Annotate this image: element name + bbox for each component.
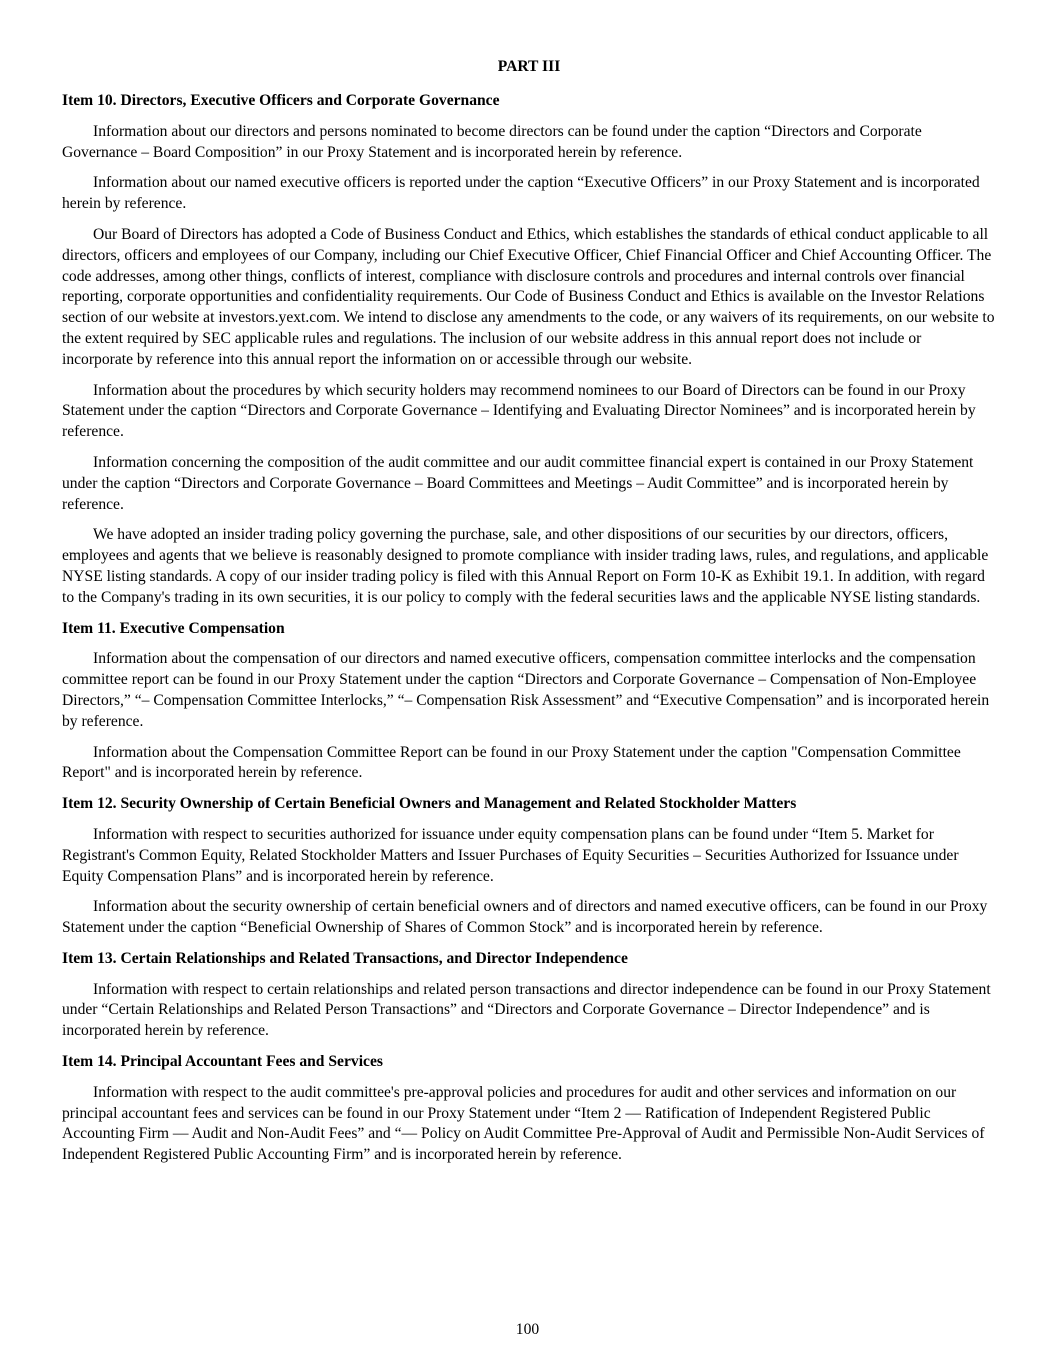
paragraph: Information about the Compensation Commi…: [62, 743, 996, 785]
item-13-heading: Item 13. Certain Relationships and Relat…: [62, 949, 996, 970]
paragraph: Information concerning the composition o…: [62, 453, 996, 515]
paragraph: Information about the procedures by whic…: [62, 381, 996, 443]
paragraph: Information with respect to the audit co…: [62, 1083, 996, 1166]
item-11-heading: Item 11. Executive Compensation: [62, 619, 996, 640]
item-10-heading: Item 10. Directors, Executive Officers a…: [62, 91, 996, 112]
item-12-section: Item 12. Security Ownership of Certain B…: [62, 794, 996, 939]
paragraph: Information about the security ownership…: [62, 897, 996, 939]
item-10-section: Item 10. Directors, Executive Officers a…: [62, 91, 996, 609]
part-title: PART III: [62, 56, 996, 78]
paragraph: Our Board of Directors has adopted a Cod…: [62, 225, 996, 371]
page-number: 100: [0, 1321, 1055, 1339]
item-14-section: Item 14. Principal Accountant Fees and S…: [62, 1052, 996, 1166]
item-12-heading: Item 12. Security Ownership of Certain B…: [62, 794, 996, 815]
document-page: PART III Item 10. Directors, Executive O…: [62, 56, 996, 1176]
item-14-heading: Item 14. Principal Accountant Fees and S…: [62, 1052, 996, 1073]
item-11-section: Item 11. Executive Compensation Informat…: [62, 619, 996, 785]
paragraph: Information about the compensation of ou…: [62, 649, 996, 732]
paragraph: Information with respect to securities a…: [62, 825, 996, 887]
paragraph: We have adopted an insider trading polic…: [62, 525, 996, 608]
paragraph: Information with respect to certain rela…: [62, 980, 996, 1042]
item-13-section: Item 13. Certain Relationships and Relat…: [62, 949, 996, 1042]
paragraph: Information about our directors and pers…: [62, 122, 996, 164]
paragraph: Information about our named executive of…: [62, 173, 996, 215]
